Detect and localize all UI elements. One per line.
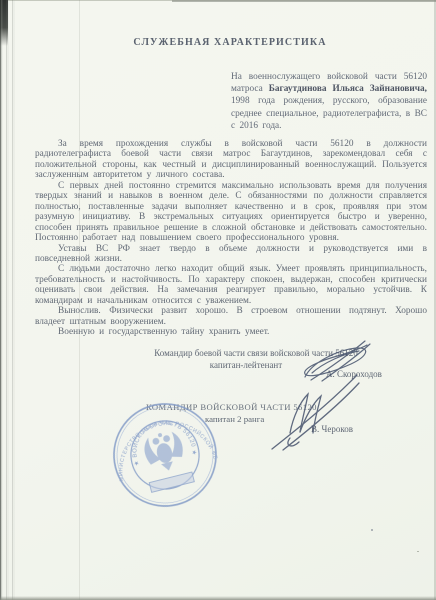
- signature1-rank: капитан-лейтенант: [150, 360, 342, 370]
- stamp-outer-text: МИНИСТЕРСТВО ОБОРОНЫ РОССИЙСКОЙ ФЕДЕРАЦИ…: [97, 387, 219, 485]
- scan-streaks-left: [0, 0, 17, 600]
- paragraph-skills: С первых дней постоянно стремится максим…: [35, 181, 427, 244]
- serviceman-name: Багаутдинова Ильяса Зайнановича,: [269, 84, 427, 94]
- scanned-document-page: СЛУЖЕБНАЯ ХАРАКТЕРИСТИКА На военнослужащ…: [0, 0, 436, 600]
- stamp-inner-text: ★ ВОЙСКОВАЯ ЧАСТЬ 56120 ★: [124, 413, 198, 471]
- document-title: СЛУЖЕБНАЯ ХАРАКТЕРИСТИКА: [0, 37, 436, 48]
- double-headed-eagle-icon: [141, 429, 187, 476]
- intro-post: 1998 года рождения, русского, образовани…: [231, 96, 427, 130]
- paragraph-physical: Вынослив. Физически развит хорошо. В стр…: [35, 306, 427, 327]
- signature2-autograph: [272, 375, 359, 450]
- intro-block: На военнослужащего войсковой части 56120…: [231, 71, 427, 132]
- signature1-position: Командир боевой части связи войсковой ча…: [150, 348, 362, 358]
- svg-text:МИНИСТЕРСТВО ОБОРОНЫ РОССИЙСКО: МИНИСТЕРСТВО ОБОРОНЫ РОССИЙСКОЙ ФЕДЕРАЦИ…: [97, 387, 219, 485]
- signature2-name: В. Чероков: [311, 424, 353, 434]
- scan-speck: [417, 551, 419, 552]
- paragraph-regulations: Уставы ВС РФ знает твердо в объеме должн…: [35, 244, 427, 265]
- svg-text:★ ВОЙСКОВАЯ ЧАСТЬ 56120 ★: ★ ВОЙСКОВАЯ ЧАСТЬ 56120 ★: [124, 413, 198, 471]
- scan-edge-top-dark: [172, 0, 436, 2]
- stamp-banner: [149, 472, 194, 492]
- paragraph-character: С людьми достаточно легко находит общий …: [35, 264, 427, 306]
- paragraph-secrecy: Военную и государственную тайну хранить …: [35, 327, 427, 337]
- paragraph-service: За время прохождения службы в войсковой …: [35, 139, 427, 181]
- signature1-name: А. Скороходов: [326, 369, 382, 379]
- scan-edge-bottom: [0, 596, 436, 600]
- scan-speck: [371, 529, 373, 531]
- body-text: За время прохождения службы в войсковой …: [35, 139, 427, 338]
